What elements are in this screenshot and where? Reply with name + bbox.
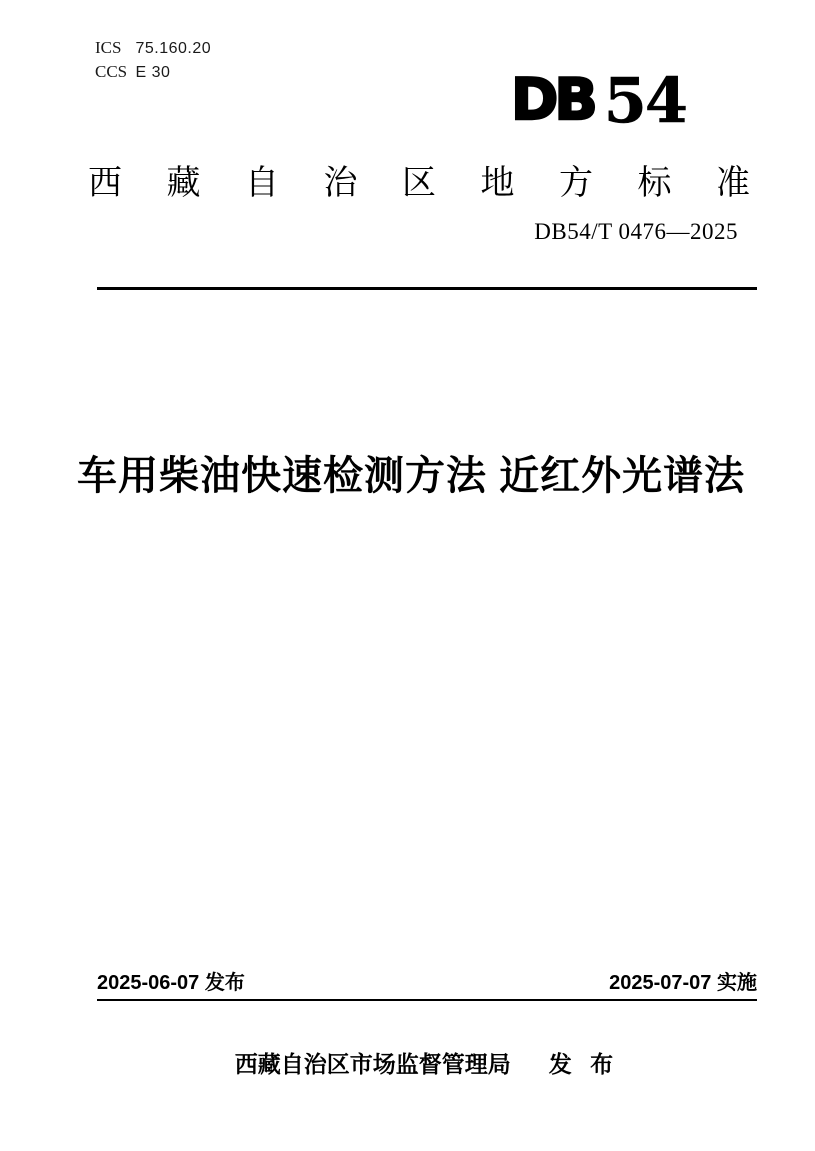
issue-date: 2025-06-07 发布 <box>97 966 245 995</box>
ccs-label: CCS <box>95 60 131 83</box>
ccs-value: E 30 <box>135 64 170 81</box>
ccs-line: CCS E 30 <box>95 60 211 84</box>
implement-date: 2025-07-07 实施 <box>609 966 757 995</box>
header-rule <box>97 287 757 290</box>
logo-region-code: 54 <box>604 78 686 124</box>
document-title: 车用柴油快速检测方法 近红外光谱法 <box>77 444 737 501</box>
classification-codes: ICS 75.160.20 CCS E 30 <box>95 36 211 84</box>
standard-cover-page: ICS 75.160.20 CCS E 30 DB 54 西藏自治区地方标准 D… <box>0 0 815 1151</box>
db54-logo: DB 54 <box>511 76 686 124</box>
publisher-line: 西藏自治区市场监督管理局 发 布 <box>97 1046 757 1079</box>
ics-label: ICS <box>95 36 131 59</box>
ics-value: 75.160.20 <box>135 40 211 57</box>
publish-action-label: 发 布 <box>549 1046 619 1079</box>
footer-rule <box>97 999 757 1001</box>
footer-dates: 2025-06-07 发布 2025-07-07 实施 <box>97 966 757 995</box>
ics-line: ICS 75.160.20 <box>95 36 211 60</box>
standard-number: DB54/T 0476—2025 <box>534 219 738 245</box>
logo-db-text: DB <box>511 77 594 124</box>
publisher-name: 西藏自治区市场监督管理局 <box>235 1046 511 1079</box>
standard-type-heading: 西藏自治区地方标准 <box>88 155 795 204</box>
